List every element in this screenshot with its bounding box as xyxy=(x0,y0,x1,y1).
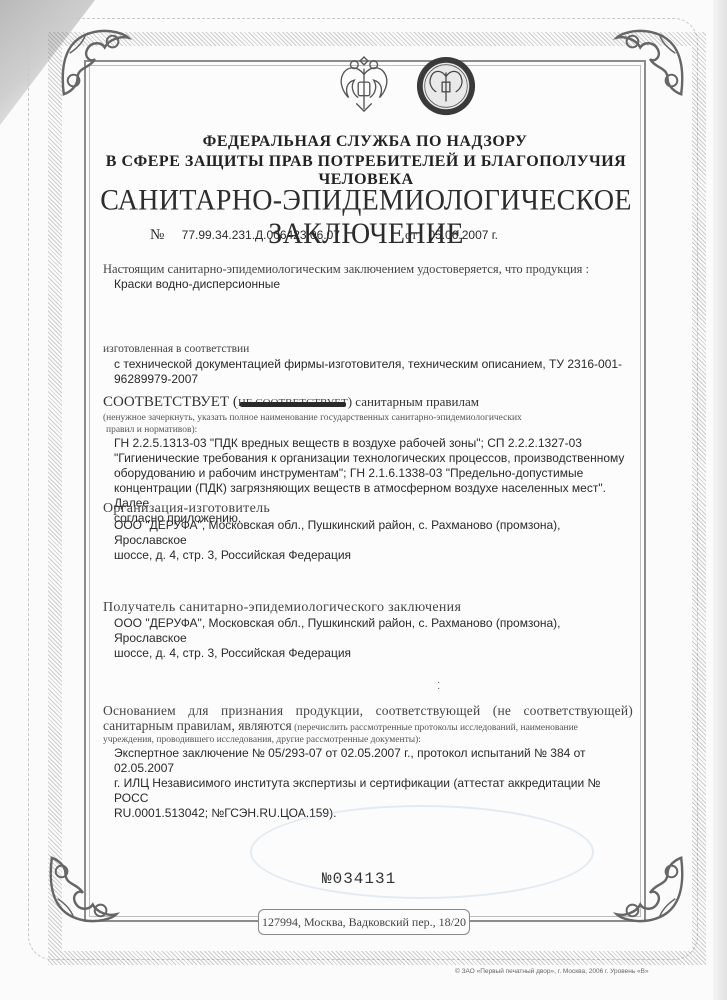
struck-not-complies: НЕ СООТВЕТСТВУЕТ xyxy=(238,397,348,409)
product-name: Краски водно-дисперсионные xyxy=(103,277,633,292)
manufactured-value-2: 96289979-2007 xyxy=(103,372,633,387)
sanitary-rules-label: ) санитарным правилам xyxy=(348,394,479,409)
manufactured-section: изготовленная в соответствии с техническ… xyxy=(103,342,633,387)
conformity-hint-2: правил и нормативов): xyxy=(103,424,633,436)
agency-name-line1: ФЕДЕРАЛЬНАЯ СЛУЖБА ПО НАДЗОРУ xyxy=(100,133,630,151)
basis-label-2: санитарным правилам, являются xyxy=(103,718,292,733)
form-serial-number: №034131 xyxy=(322,870,396,888)
ornamental-corner-icon xyxy=(56,24,134,102)
recipient-label: Получатель санитарно-эпидемиологического… xyxy=(103,600,633,616)
agency-address: 127994, Москва, Вадковский пер., 18/20 xyxy=(258,909,470,935)
basis-hint-inline: (перечислить рассмотренные протоколы исс… xyxy=(292,723,578,733)
conformity-statement: СООТВЕТСТВУЕТ (НЕ СООТВЕТСТВУЕТ) санитар… xyxy=(103,393,633,412)
basis-label-1: Основанием для признания продукции, соот… xyxy=(103,702,633,719)
double-headed-eagle-icon xyxy=(335,55,393,117)
recipient-address-2: шоссе, д. 4, стр. 3, Российская Федераци… xyxy=(103,646,633,661)
document-number: 77.99.34.231.Д.006423.06.07 xyxy=(182,228,340,242)
scan-edge xyxy=(713,0,727,1000)
ornamental-corner-icon xyxy=(611,24,689,102)
manufactured-label: изготовленная в соответствии xyxy=(103,342,633,357)
basis-label-row-2: санитарным правилам, являются (перечисли… xyxy=(103,719,633,734)
faint-stamp xyxy=(250,805,594,899)
manufacturer-address-1: ООО "ДЕРУФА", Московская обл., Пушкински… xyxy=(103,518,633,548)
rules-line: оборудованию и рабочим инструментам"; ГН… xyxy=(103,466,633,481)
emblems xyxy=(335,55,477,117)
recipient-address-1: ООО "ДЕРУФА", Московская обл., Пушкински… xyxy=(103,616,633,646)
conformity-hint-1: (ненужное зачеркнуть, указать полное наи… xyxy=(103,412,633,424)
rules-line: "Гигиенические требования к организации … xyxy=(103,451,633,466)
ornamental-corner-icon xyxy=(611,850,689,928)
date-label: от xyxy=(405,227,417,242)
rules-line: ГН 2.2.5.1313-03 "ПДК вредных веществ в … xyxy=(103,436,633,451)
manufacturer-section: Организация-изготовитель ООО "ДЕРУФА", М… xyxy=(103,500,633,563)
basis-line: Экспертное заключение № 05/293-07 от 02.… xyxy=(103,746,633,776)
basis-hint-2: учреждения, проводившего исследования, д… xyxy=(103,734,633,746)
product-section: Настоящим санитарно-эпидемиологическим з… xyxy=(103,262,633,292)
basis-line: г. ИЛЦ Независимого института экспертизы… xyxy=(103,776,633,806)
printer-copyright: © ЗАО «Первый печатный двор», г. Москва,… xyxy=(455,968,649,975)
document-number-row: № 77.99.34.231.Д.006423.06.07 от 05.06.2… xyxy=(150,227,630,244)
number-sign: № xyxy=(150,227,164,243)
date-value: 05.06.2007 г. xyxy=(428,228,498,242)
round-seal-icon xyxy=(415,55,477,117)
manufacturer-address-2: шоссе, д. 4, стр. 3, Российская Федераци… xyxy=(103,548,633,563)
ornamental-corner-icon xyxy=(44,850,122,928)
product-intro: Настоящим санитарно-эпидемиологическим з… xyxy=(103,262,633,277)
scan-speck: ·· xyxy=(437,680,440,692)
manufactured-value-1: с технической документацией фирмы-изгото… xyxy=(103,357,633,372)
complies-label: СООТВЕТСТВУЕТ ( xyxy=(103,394,238,410)
issue-date: от 05.06.2007 г. xyxy=(405,227,498,243)
manufacturer-label: Организация-изготовитель xyxy=(103,500,633,518)
basis-section: Основанием для признания продукции, соот… xyxy=(103,702,633,821)
recipient-section: Получатель санитарно-эпидемиологического… xyxy=(103,600,633,661)
